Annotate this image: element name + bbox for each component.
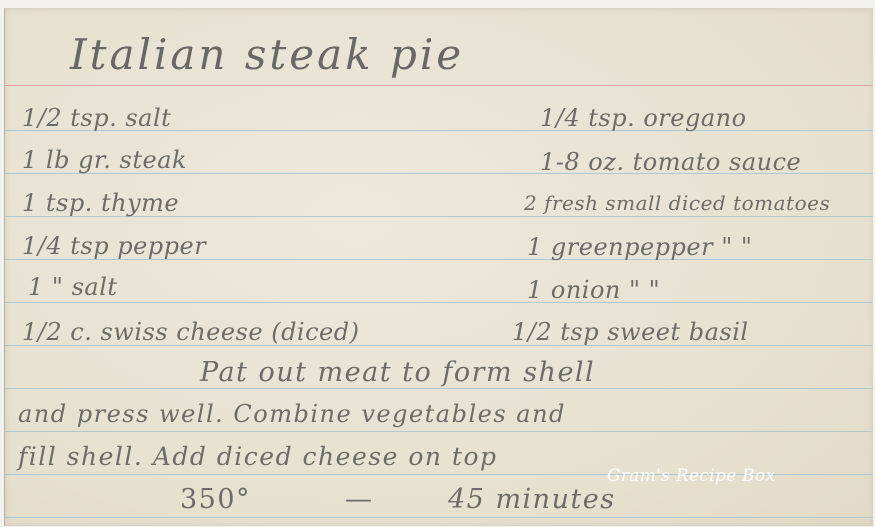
ingredient-right-3: 2 fresh small diced tomatoes (524, 191, 830, 215)
ingredient-left-2: 1 lb gr. steak (22, 146, 187, 174)
blue-rule (5, 388, 873, 389)
ingredient-right-4: 1 greenpepper " " (527, 233, 752, 261)
red-margin-rule (5, 85, 873, 86)
blue-rule (5, 302, 873, 303)
ingredient-left-3: 1 tsp. thyme (22, 189, 179, 217)
method-line-3: fill shell. Add diced cheese on top (18, 442, 498, 471)
recipe-title: Italian steak pie (70, 30, 464, 79)
watermark: Gram's Recipe Box (607, 466, 775, 486)
bake-separator: — (345, 484, 374, 515)
ingredient-right-1: 1/4 tsp. oregano (540, 104, 747, 132)
blue-rule (5, 431, 873, 432)
bake-temperature: 350° (180, 484, 251, 515)
bake-time: 45 minutes (448, 484, 616, 515)
ingredient-right-6: 1/2 tsp sweet basil (512, 318, 749, 346)
blue-rule (5, 517, 873, 518)
method-line-2: and press well. Combine vegetables and (18, 400, 566, 428)
ingredient-right-2: 1-8 oz. tomato sauce (540, 148, 801, 176)
ingredient-left-6: 1/2 c. swiss cheese (diced) (22, 318, 359, 346)
method-line-1: Pat out meat to form shell (200, 357, 595, 388)
ingredient-right-5: 1 onion " " (527, 276, 660, 304)
ingredient-left-5: 1 " salt (28, 273, 118, 301)
ingredient-left-1: 1/2 tsp. salt (22, 104, 171, 132)
ingredient-left-4: 1/4 tsp pepper (22, 232, 206, 260)
